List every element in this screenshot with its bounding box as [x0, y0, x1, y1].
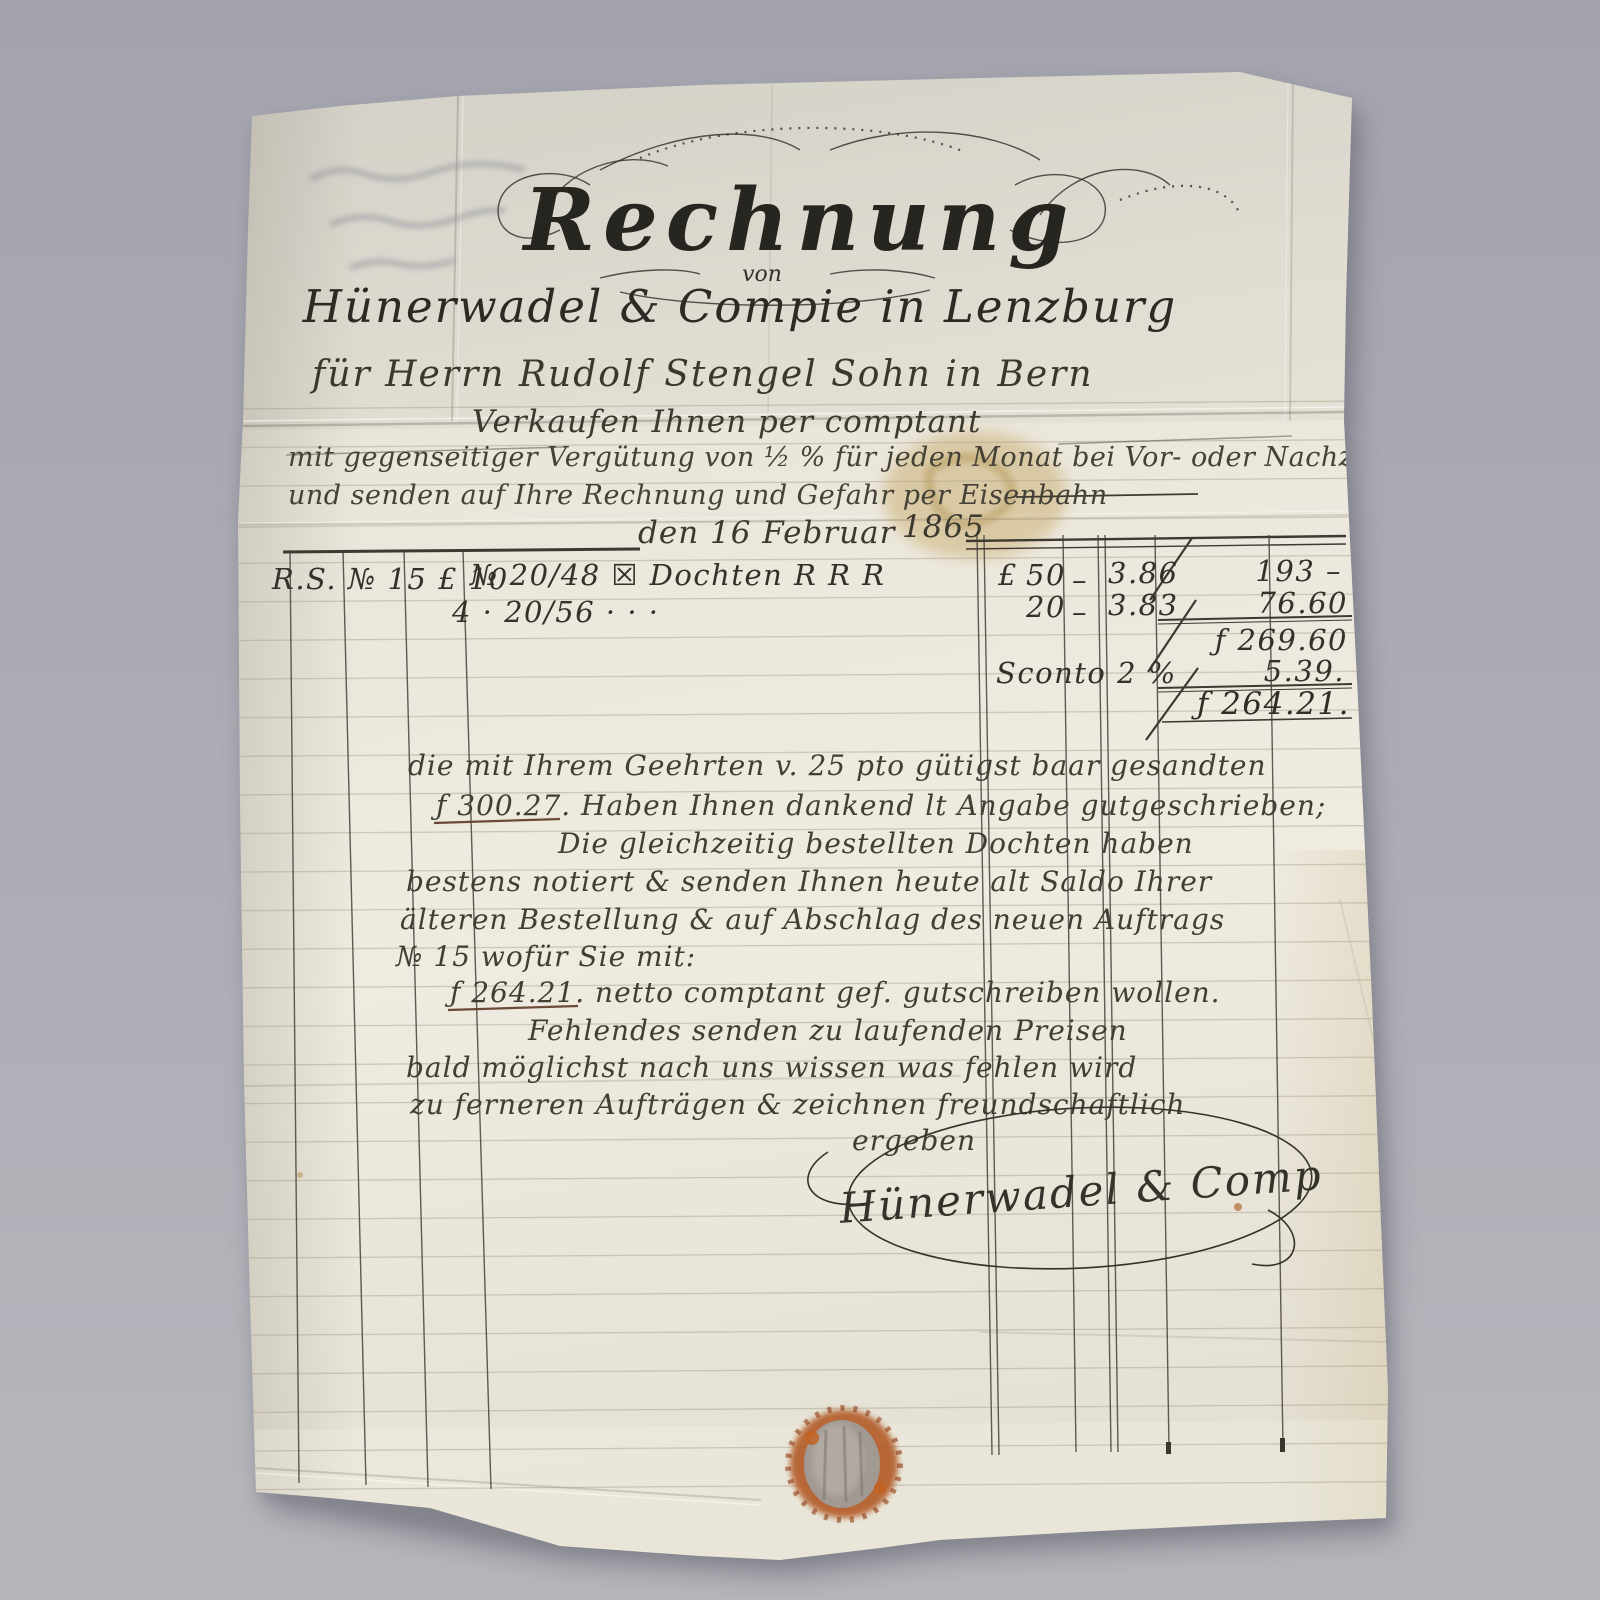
body-line-3: Die gleichzeitig bestellten Dochten habe… [557, 827, 1194, 860]
body-line-4: bestens notiert & senden Ihnen heute alt… [406, 865, 1213, 898]
company-name: Hünerwadel & Compie in Lenzburg [302, 280, 1178, 333]
item-1-description: № 20/48 ☒ Dochten R R R [468, 558, 885, 592]
total-value: ƒ 264.21. [1191, 686, 1350, 722]
document-title: Rechnung [521, 170, 1077, 271]
item-2-dash: – [1072, 595, 1088, 629]
conditions-line-2: und senden auf Ihre Rechnung und Gefahr … [288, 480, 1108, 511]
date-year: 1865 [902, 509, 985, 545]
item-1-price: 3.86 [1108, 556, 1179, 590]
discount-value: 5.39. [1264, 654, 1345, 688]
photo-of-invoice: Rechnung von Hünerwadel & Compie in Lenz… [0, 0, 1600, 1600]
body-line-8: Fehlendes senden zu laufenden Preisen [527, 1014, 1128, 1047]
item-1-amount: 193 – [1255, 554, 1342, 588]
date-prefix: den 16 Februar [638, 515, 897, 551]
conditions-line-1: mit gegenseitiger Vergütung von ½ % für … [288, 442, 1451, 473]
body-line-6: № 15 wofür Sie mit: [395, 940, 696, 973]
body-line-10: zu ferneren Aufträgen & zeichnen freunds… [409, 1088, 1186, 1121]
body-line-1: die mit Ihrem Geehrten v. 25 pto gütigst… [408, 749, 1267, 782]
item-2-qty: 20 [1025, 590, 1066, 624]
item-2-amount: 76.60 [1257, 586, 1348, 620]
body-line-7: ƒ 264.21. netto comptant gef. gutschreib… [444, 976, 1221, 1009]
body-line-9: bald möglichst nach uns wissen was fehle… [406, 1051, 1137, 1084]
sale-terms-line: Verkaufen Ihnen per comptant [472, 404, 981, 440]
item-1-qty: 50 [1026, 558, 1066, 592]
recipient-line: für Herrn Rudolf Stengel Sohn in Bern [309, 354, 1094, 395]
subtotal-value: ƒ 269.60 [1209, 623, 1348, 657]
body-line-5: älteren Bestellung & auf Abschlag des ne… [400, 903, 1225, 936]
item-2-description: 4 · 20/56 · · · [451, 595, 660, 629]
body-line-2: ƒ 300.27. Haben Ihnen dankend lt Angabe … [430, 789, 1326, 822]
invoice-photo-canvas: Rechnung von Hünerwadel & Compie in Lenz… [0, 0, 1600, 1600]
item-1-dash: – [1072, 563, 1088, 597]
item-2-price: 3.83 [1108, 588, 1179, 622]
discount-label: Sconto 2 % [996, 656, 1177, 690]
item-1-unit-mark: £ [997, 558, 1018, 592]
